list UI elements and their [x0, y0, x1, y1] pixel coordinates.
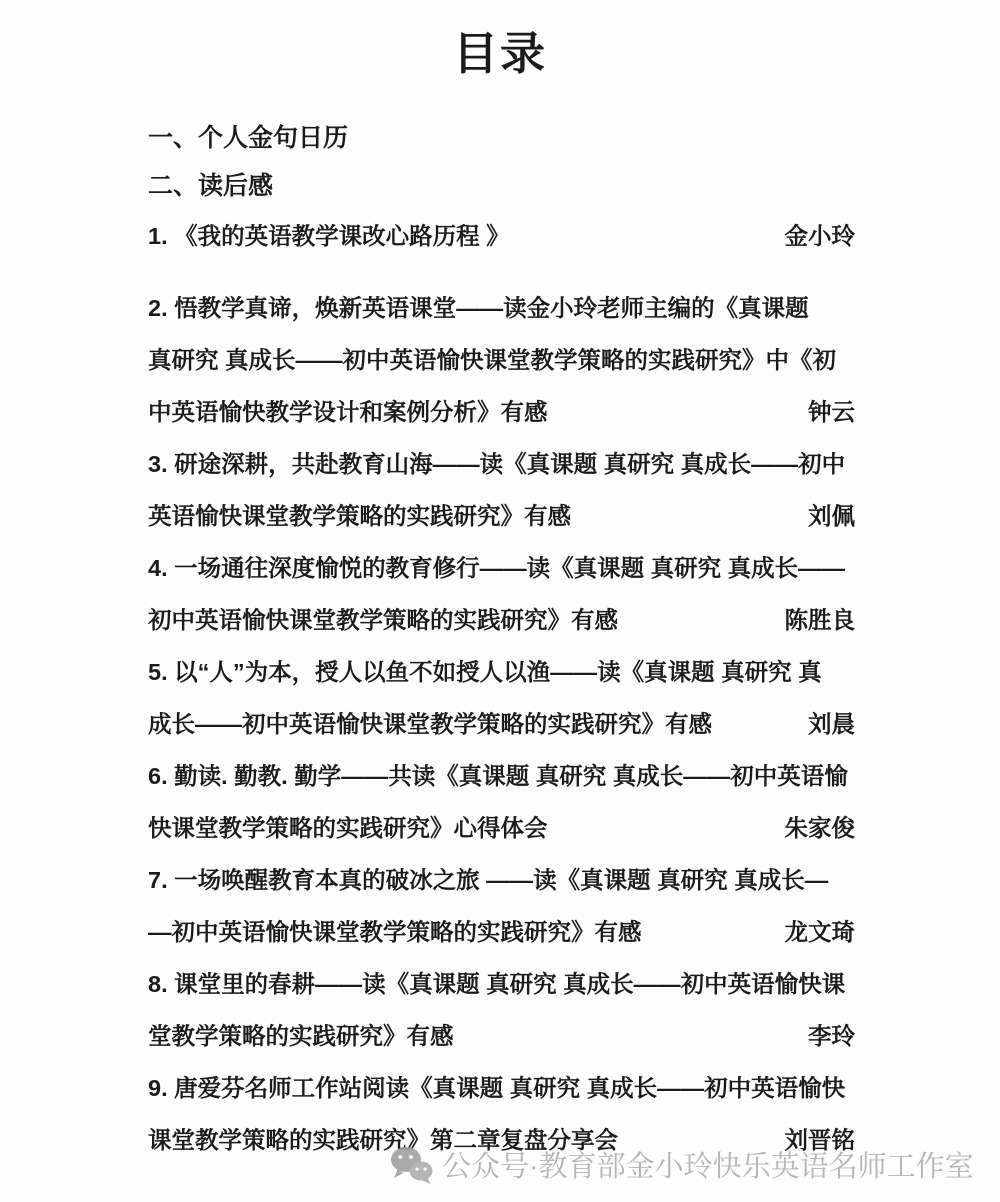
section-heading-2: 二、读后感: [148, 162, 855, 210]
entry-text: 5. 以“人”为本，授人以鱼不如授人以渔——读《真课题 真研究 真: [148, 646, 822, 698]
entry-text: 1. 《我的英语教学课改心路历程 》: [148, 210, 510, 262]
toc-entry-line: 快课堂教学策略的实践研究》心得体会 朱家俊: [148, 802, 855, 854]
entry-text: —初中英语愉快课堂教学策略的实践研究》有感: [148, 906, 642, 958]
entry-author: 陈胜良: [785, 594, 856, 646]
entry-author: 刘晨: [808, 698, 855, 750]
entry-text: 3. 研途深耕，共赴教育山海——读《真课题 真研究 真成长——初中: [148, 438, 845, 490]
entry-text: 9. 唐爱芬名师工作站阅读《真课题 真研究 真成长——初中英语愉快: [148, 1062, 845, 1114]
page-title: 目录: [0, 0, 1000, 83]
section-heading-1: 一、个人金句日历: [148, 114, 855, 162]
toc-entry-line: 1. 《我的英语教学课改心路历程 》 金小玲: [148, 210, 855, 262]
entry-text: 2. 悟教学真谛，焕新英语课堂——读金小玲老师主编的《真课题: [148, 282, 809, 334]
toc-entry-line: 英语愉快课堂教学策略的实践研究》有感 刘佩: [148, 490, 855, 542]
toc-entry-3: 3. 研途深耕，共赴教育山海——读《真课题 真研究 真成长——初中 英语愉快课堂…: [148, 438, 855, 542]
entry-text: 真研究 真成长——初中英语愉快课堂教学策略的实践研究》中《初: [148, 334, 836, 386]
entry-text: 堂教学策略的实践研究》有感: [148, 1010, 454, 1062]
toc-entry-1: 1. 《我的英语教学课改心路历程 》 金小玲: [148, 210, 855, 262]
entry-text: 初中英语愉快课堂教学策略的实践研究》有感: [148, 594, 618, 646]
toc-entry-line: 成长——初中英语愉快课堂教学策略的实践研究》有感 刘晨: [148, 698, 855, 750]
entry-author: 龙文琦: [785, 906, 856, 958]
entry-author: 刘佩: [808, 490, 855, 542]
entry-author: 朱家俊: [785, 802, 856, 854]
toc-entry-line: 堂教学策略的实践研究》有感 李玲: [148, 1010, 855, 1062]
toc-entry-line: 7. 一场唤醒教育本真的破冰之旅 ——读《真课题 真研究 真成长—: [148, 854, 855, 906]
toc-entry-2: 2. 悟教学真谛，焕新英语课堂——读金小玲老师主编的《真课题 真研究 真成长——…: [148, 282, 855, 438]
toc-entry-line: 6. 勤读. 勤教. 勤学——共读《真课题 真研究 真成长——初中英语愉: [148, 750, 855, 802]
toc-entry-line: 中英语愉快教学设计和案例分析》有感 钟云: [148, 386, 855, 438]
entry-text: 7. 一场唤醒教育本真的破冰之旅 ——读《真课题 真研究 真成长—: [148, 854, 828, 906]
entry-text: 8. 课堂里的春耕——读《真课题 真研究 真成长——初中英语愉快课: [148, 958, 845, 1010]
entry-text: 成长——初中英语愉快课堂教学策略的实践研究》有感: [148, 698, 712, 750]
toc-entry-line: 3. 研途深耕，共赴教育山海——读《真课题 真研究 真成长——初中: [148, 438, 855, 490]
toc-entry-5: 5. 以“人”为本，授人以鱼不如授人以渔——读《真课题 真研究 真 成长——初中…: [148, 646, 855, 750]
entry-text: 中英语愉快教学设计和案例分析》有感: [148, 386, 548, 438]
entry-author: 钟云: [808, 386, 855, 438]
wechat-icon: [388, 1145, 434, 1185]
toc-entry-line: 真研究 真成长——初中英语愉快课堂教学策略的实践研究》中《初: [148, 334, 855, 386]
watermark-text: 公众号·教育部金小玲快乐英语名师工作室: [442, 1144, 974, 1185]
toc-entry-line: —初中英语愉快课堂教学策略的实践研究》有感 龙文琦: [148, 906, 855, 958]
watermark: 公众号·教育部金小玲快乐英语名师工作室: [388, 1144, 974, 1185]
toc-content: 一、个人金句日历 二、读后感 1. 《我的英语教学课改心路历程 》 金小玲 2.…: [148, 114, 855, 1166]
toc-entry-line: 5. 以“人”为本，授人以鱼不如授人以渔——读《真课题 真研究 真: [148, 646, 855, 698]
toc-entry-4: 4. 一场通往深度愉悦的教育修行——读《真课题 真研究 真成长—— 初中英语愉快…: [148, 542, 855, 646]
toc-entry-line: 初中英语愉快课堂教学策略的实践研究》有感 陈胜良: [148, 594, 855, 646]
entry-text: 英语愉快课堂教学策略的实践研究》有感: [148, 490, 571, 542]
entry-text: 快课堂教学策略的实践研究》心得体会: [148, 802, 548, 854]
toc-entry-line: 4. 一场通往深度愉悦的教育修行——读《真课题 真研究 真成长——: [148, 542, 855, 594]
entry-author: 金小玲: [785, 210, 856, 262]
document-page: 目录 一、个人金句日历 二、读后感 1. 《我的英语教学课改心路历程 》 金小玲…: [0, 0, 1000, 1202]
toc-entry-7: 7. 一场唤醒教育本真的破冰之旅 ——读《真课题 真研究 真成长— —初中英语愉…: [148, 854, 855, 958]
toc-entry-line: 2. 悟教学真谛，焕新英语课堂——读金小玲老师主编的《真课题: [148, 282, 855, 334]
toc-entry-8: 8. 课堂里的春耕——读《真课题 真研究 真成长——初中英语愉快课 堂教学策略的…: [148, 958, 855, 1062]
toc-entry-6: 6. 勤读. 勤教. 勤学——共读《真课题 真研究 真成长——初中英语愉 快课堂…: [148, 750, 855, 854]
toc-entry-line: 9. 唐爱芬名师工作站阅读《真课题 真研究 真成长——初中英语愉快: [148, 1062, 855, 1114]
entry-text: 4. 一场通往深度愉悦的教育修行——读《真课题 真研究 真成长——: [148, 542, 845, 594]
toc-entry-line: 8. 课堂里的春耕——读《真课题 真研究 真成长——初中英语愉快课: [148, 958, 855, 1010]
entry-author: 李玲: [808, 1010, 855, 1062]
entry-text: 6. 勤读. 勤教. 勤学——共读《真课题 真研究 真成长——初中英语愉: [148, 750, 848, 802]
